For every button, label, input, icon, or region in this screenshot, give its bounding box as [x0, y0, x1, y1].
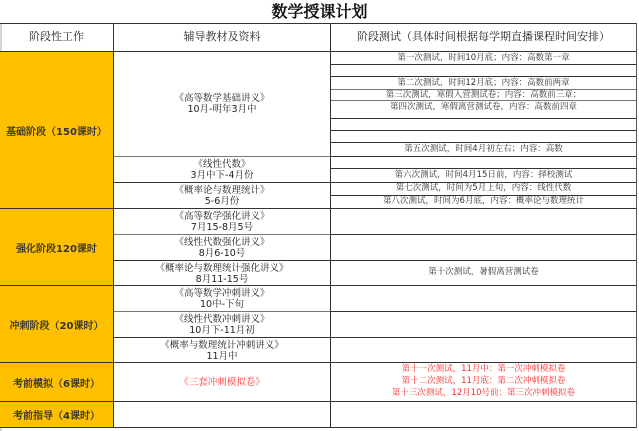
header-materials: 辅导教材及资料: [114, 23, 330, 51]
row-divider: [331, 64, 636, 65]
header-tests: 阶段测试（具体时间根据每学期直播课程时间安排）: [331, 23, 636, 51]
material-cell: 《高等数学基础讲义》 10月-明年3月中: [114, 52, 330, 156]
row-divider: [331, 337, 636, 338]
material-cell: 《线性代数》 3月中下-4月份: [114, 157, 330, 182]
test-item: 第三次测试，寒假入营测试卷；内容：高数前三章；: [331, 90, 636, 101]
material-book: 《线性代数冲刺讲义》: [174, 314, 269, 325]
row-divider: [331, 234, 636, 235]
material-cell: 《高等数学冲刺讲义》 10中-下旬: [114, 286, 330, 311]
test-item: 第六次测试，时间4月15日前，内容：择校测试: [331, 170, 636, 181]
stage-sprint: 冲刺阶段（20课时）: [0, 286, 113, 362]
stage-divider: [0, 401, 636, 402]
row-divider: [331, 168, 636, 169]
row-divider: [331, 156, 636, 157]
material-book: 《高等数学基础讲义》: [174, 93, 269, 104]
material-time: 10月-明年3月中: [187, 104, 256, 115]
material-book: 《概率论与数理统计强化讲义》: [155, 263, 288, 274]
stage-mock-exam: 考前模拟（6课时）: [0, 363, 113, 401]
row-divider: [331, 76, 636, 77]
material-book: 《概率论与数理统计》: [174, 185, 269, 196]
material-time: 5-6月份: [205, 196, 240, 207]
test-item: 第二次测试，时间12月底；内容：高数前两章: [331, 78, 636, 89]
stage-pre-exam-guidance: 考前指导（4课时）: [0, 402, 113, 427]
test-item: 第四次测试，寒假离营测试卷，内容：高数前四章: [331, 102, 636, 113]
test-item: 第十次测试，暑假离营测试卷: [331, 267, 636, 278]
material-time: 8月6-10号: [199, 248, 246, 259]
material-book: 《高等数学冲刺讲义》: [174, 288, 269, 299]
test-item-mock: 第十一次测试，11月中：第一次冲刺模拟卷: [331, 364, 636, 375]
page-title: 数学授课计划: [0, 0, 639, 23]
material-cell: 《概率论与数理统计强化讲义》 8月11-15号: [114, 261, 330, 286]
row-divider: [331, 260, 636, 261]
material-time: 11月中: [206, 351, 237, 362]
test-item-mock: 第十三次测试，12月10号前：第三次冲刺模拟卷: [331, 388, 636, 399]
material-time: 3月中下-4月份: [190, 170, 253, 181]
material-book: 《线性代数》: [193, 159, 250, 170]
material-book: 《线性代数强化讲义》: [174, 237, 269, 248]
material-cell: 《线性代数强化讲义》 8月6-10号: [114, 235, 330, 260]
row-divider: [331, 130, 636, 131]
material-cell: 《概率论与数理统计》 5-6月份: [114, 183, 330, 208]
row-divider: [331, 118, 636, 119]
test-item: 第七次测试，时间为5月上旬，内容：线性代数: [331, 183, 636, 194]
material-time: 10月下-11月初: [189, 325, 255, 336]
test-item: 第八次测试，时间为6月底，内容：概率论与数理统计: [331, 196, 636, 207]
test-item-mock: 第十二次测试，11月底：第二次冲刺模拟卷: [331, 376, 636, 387]
test-item: 第一次测试，时间10月底；内容：高数第一章: [331, 53, 636, 64]
material-book: 《高等数学强化讲义》: [174, 211, 269, 222]
row-divider: [331, 142, 636, 143]
material-book: 《概率与数理统计冲刺讲义》: [160, 340, 284, 351]
test-item: 第五次测试，时间4月初左右；内容：高数: [331, 144, 636, 155]
row-divider: [331, 311, 636, 312]
material-book: 《三套冲刺模拟卷》: [179, 377, 265, 388]
material-time: 10中-下旬: [200, 299, 244, 310]
material-time: 8月11-15号: [196, 274, 249, 285]
header-stage: 阶段性工作: [0, 23, 113, 51]
stage-foundation: 基础阶段（150课时）: [0, 52, 113, 208]
table-bottom-border: [0, 427, 636, 428]
material-time: 7月15-8月5号: [191, 222, 253, 233]
schedule-table: 阶段性工作 辅导教材及资料 阶段测试（具体时间根据每学期直播课程时间安排） 基础…: [0, 23, 637, 428]
stage-intensive: 强化阶段120课时: [0, 209, 113, 285]
material-cell-mock: 《三套冲刺模拟卷》: [114, 363, 330, 401]
material-cell: 《线性代数冲刺讲义》 10月下-11月初: [114, 312, 330, 337]
material-cell: 《概率与数理统计冲刺讲义》 11月中: [114, 338, 330, 363]
material-cell: 《高等数学强化讲义》 7月15-8月5号: [114, 209, 330, 234]
